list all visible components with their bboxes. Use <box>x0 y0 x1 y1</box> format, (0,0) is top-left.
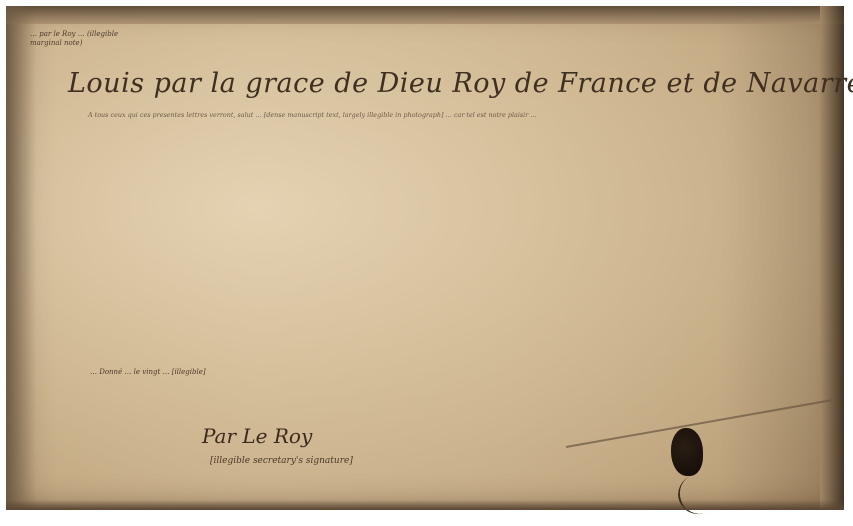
marginal-note: … par le Roy … (illegible marginal note) <box>30 30 130 48</box>
document-body: A tous ceux qui ces presentes lettres ve… <box>88 110 828 121</box>
closing-line: … Donné … le vingt … [illegible] <box>90 368 206 376</box>
countersignature: [illegible secretary's signature] <box>210 456 353 466</box>
left-edge-shadow <box>6 6 36 510</box>
seal-cord <box>672 468 725 520</box>
parchment-document: … par le Roy … (illegible marginal note)… <box>6 6 844 510</box>
wax-seal-icon <box>671 428 703 476</box>
document-heading: Louis par la grace de Dieu Roy de France… <box>68 68 853 99</box>
bottom-edge-shadow <box>6 500 844 510</box>
signature: Par Le Roy <box>202 424 312 448</box>
top-edge-shadow <box>6 6 844 24</box>
